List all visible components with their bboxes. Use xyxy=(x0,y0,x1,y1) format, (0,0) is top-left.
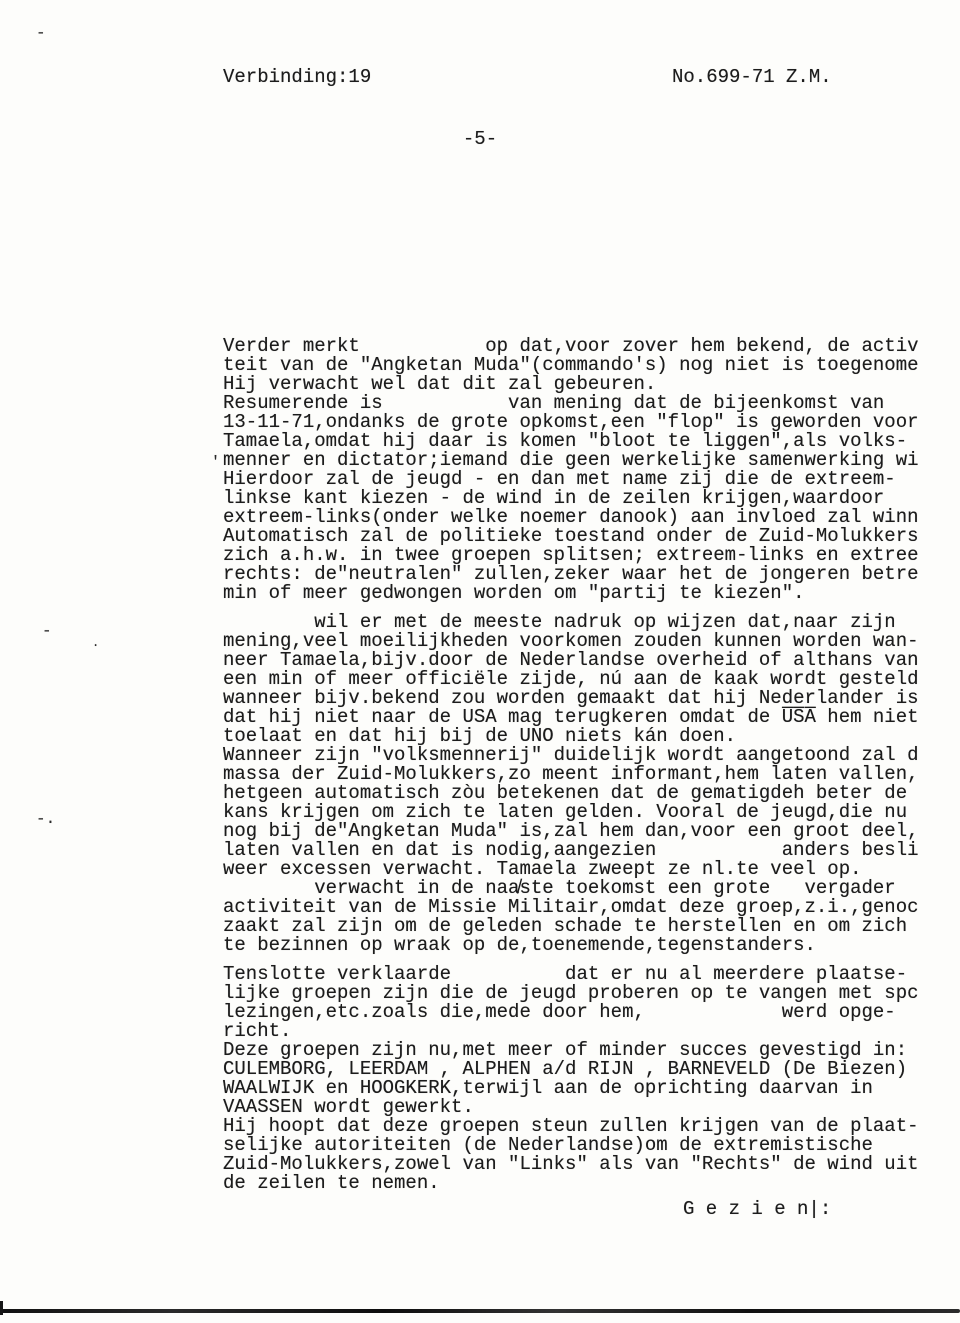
connection-number: Verbinding:19 xyxy=(223,68,371,87)
scan-artifact: -. xyxy=(36,810,55,829)
paragraph-3: Tenslotte verklaarde dat er nu al meerde… xyxy=(223,965,943,1193)
scan-artifact: - xyxy=(36,24,46,43)
scan-artifact: . xyxy=(92,634,99,653)
text-line: min of meer gedwongen worden om "partij … xyxy=(223,584,943,603)
page-number: -5- xyxy=(0,130,960,149)
scan-artifact: ' xyxy=(211,453,220,472)
paragraph-2: wil er met de meeste nadruk op wijzen da… xyxy=(223,613,943,955)
text-line: lezingen,etc.zoals die,mede door hem, we… xyxy=(223,1003,943,1022)
text-line: de zeilen te nemen. xyxy=(223,1174,943,1193)
scan-edge-tick xyxy=(0,1301,3,1315)
text-line: te bezinnen op wraak op de,toenemende,te… xyxy=(223,936,943,955)
document-body: Verder merkt op dat,voor zover hem beken… xyxy=(223,337,943,1193)
scan-edge-line xyxy=(0,1309,960,1313)
signoff-gezien: G e z i e n|: xyxy=(683,1200,831,1219)
document-number: No.699-71 Z.M. xyxy=(672,68,832,87)
paragraph-1: Verder merkt op dat,voor zover hem beken… xyxy=(223,337,943,603)
scanned-document-page: Verbinding:19 No.699-71 Z.M. -5- Verder … xyxy=(0,0,960,1323)
scan-artifact: - xyxy=(42,622,52,641)
